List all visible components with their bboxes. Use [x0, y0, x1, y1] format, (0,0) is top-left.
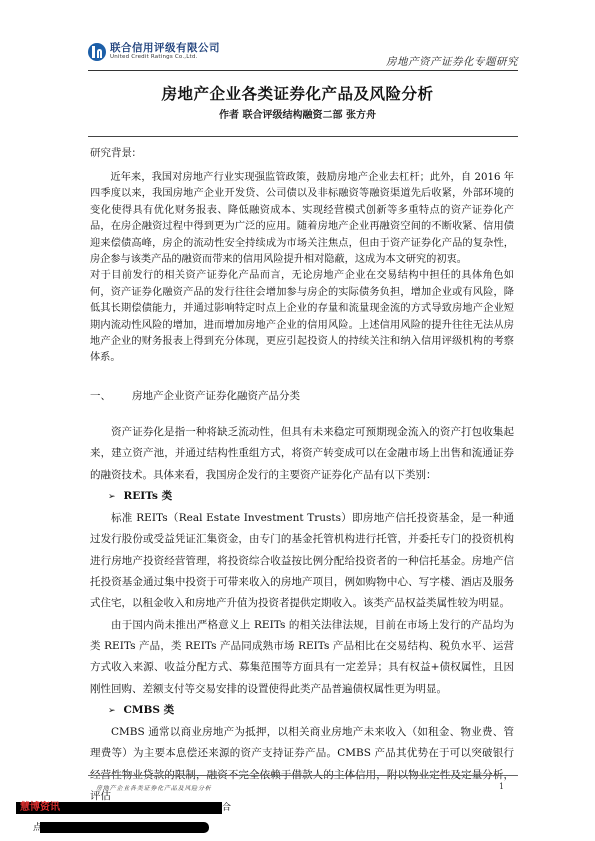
background-text: 近年来，我国对房地产行业实现强监管政策，鼓励房地产企业去杠杆；此外，自 2016… [90, 170, 514, 367]
subsection-heading-reits: ➢REITs 类 [90, 486, 514, 508]
series-title: 房地产资产证券化专题研究 [386, 54, 518, 69]
subsection-heading-cmbs: ➢CMBS 类 [90, 700, 514, 722]
watermark-label: 慧博资讯 [20, 802, 60, 814]
watermark-trailing-char: 合 [222, 802, 231, 814]
section-body: 资产证券化是指一种将缺乏流动性，但具有未来稳定可预期现金流入的资产打包收集起来，… [90, 422, 514, 807]
abstract-divider [88, 136, 518, 137]
background-label: 研究背景: [90, 145, 136, 160]
company-logo: 联合信用评级有限公司 United Credit Ratings Co.,Ltd… [88, 42, 220, 61]
section-title: 房地产企业资产证券化融资产品分类 [132, 388, 300, 403]
arrow-bullet-icon: ➢ [108, 492, 116, 502]
redaction-bar [40, 822, 209, 833]
reits-paragraph: 标准 REITs（Real Estate Investment Trusts）即… [90, 508, 514, 614]
logo-icon [88, 43, 106, 61]
header-divider [88, 70, 518, 71]
section-intro: 资产证券化是指一种将缺乏流动性，但具有未来稳定可预期现金流入的资产打包收集起来，… [90, 422, 514, 486]
page-number: 1 [499, 782, 504, 791]
page-header: 联合信用评级有限公司 United Credit Ratings Co.,Ltd… [88, 40, 518, 72]
document-author: 作者 联合评级结构融资二部 张方舟 [0, 106, 595, 121]
logo-english-name: United Credit Ratings Co.,Ltd. [110, 54, 220, 61]
arrow-bullet-icon: ➢ [108, 706, 116, 716]
footer-divider [88, 775, 518, 776]
reits-paragraph: 由于国内尚未推出严格意义上 REITs 的相关法律法规，目前在市场上发行的产品均… [90, 615, 514, 700]
document-title: 房地产企业各类证券化产品及风险分析 [0, 82, 595, 104]
logo-chinese-name: 联合信用评级有限公司 [110, 42, 220, 54]
section-number: 一、 [90, 388, 132, 403]
background-paragraph: 近年来，我国对房地产行业实现强监管政策，鼓励房地产企业去杠杆；此外，自 2016… [90, 170, 514, 268]
section-heading: 一、 房地产企业资产证券化融资产品分类 [90, 388, 300, 403]
cmbs-paragraph: CMBS 通常以商业房地产为抵押，以相关商业房地产未来收入（如租金、物业费、管理… [90, 722, 514, 807]
footer-running-title: 房地产企业各类证券化产品及风险分析 [96, 783, 212, 792]
background-paragraph: 对于目前发行的相关资产证券化产品而言，无论房地产企业在交易结构中担任的具体角色如… [90, 268, 514, 366]
